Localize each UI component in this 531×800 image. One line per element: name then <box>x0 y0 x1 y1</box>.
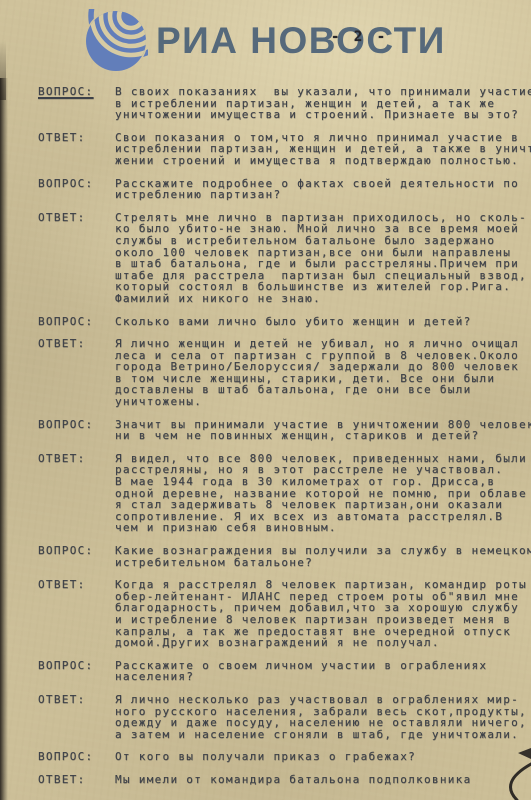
page-number: - 2 - <box>331 29 388 45</box>
qa-label: ОТВЕТ: <box>38 132 115 144</box>
qa-block: ОТВЕТ: Стрелять мне лично в партизан при… <box>38 212 531 305</box>
qa-text: Значит вы принимали участие в уничтожени… <box>115 419 531 442</box>
qa-block: ВОПРОС: В своих показаниях вы указали, ч… <box>38 86 531 121</box>
qa-text: В своих показаниях вы указали, что прини… <box>115 86 531 121</box>
qa-label: ОТВЕТ: <box>38 338 115 350</box>
qa-text: Свои показания о том,что я лично принима… <box>115 132 531 167</box>
qa-text: Я видел, что все 800 человек, приведенны… <box>115 453 527 534</box>
qa-text: Когда я расстрелял 8 человек партизан, к… <box>115 579 527 649</box>
qa-block: ОТВЕТ: Мы имели от командира батальона п… <box>38 774 531 786</box>
qa-label: ОТВЕТ: <box>38 453 115 465</box>
qa-block: ВОПРОС: Сколько вами лично было убито же… <box>38 316 531 328</box>
qa-text: Расскажите о своем личном участии в огра… <box>115 660 487 683</box>
qa-label: ОТВЕТ: <box>38 579 115 591</box>
qa-transcript: ВОПРОС: В своих показаниях вы указали, ч… <box>38 86 531 797</box>
qa-text: Я лично несколько раз участвовал в ограб… <box>115 694 527 740</box>
qa-text: От кого вы получали приказ о грабежах? <box>115 751 416 763</box>
qa-label: ОТВЕТ: <box>38 212 115 224</box>
qa-text: Сколько вами лично было убито женщин и д… <box>115 316 472 328</box>
qa-text: Какие вознаграждения вы получили за служ… <box>115 545 531 568</box>
qa-text: Я лично женщин и детей не убивал, но я л… <box>115 338 519 408</box>
qa-label: ВОПРОС: <box>38 751 115 763</box>
qa-label: ВОПРОС: <box>38 316 115 328</box>
qa-block: ВОПРОС: Значит вы принимали участие в ун… <box>38 419 531 442</box>
qa-label: ВОПРОС: <box>38 660 115 672</box>
ink-mark-arrow <box>518 748 531 759</box>
scanned-document-page: { "meta": { "page_number": "- 2 -" }, "c… <box>0 0 531 800</box>
qa-label: ВОПРОС: <box>38 178 115 190</box>
qa-label: ВОПРОС: <box>38 419 115 431</box>
qa-text: Расскажите подробнее о фактах своей деят… <box>115 178 519 201</box>
qa-block: ОТВЕТ: Я видел, что все 800 человек, при… <box>38 453 531 534</box>
qa-label: ОТВЕТ: <box>38 694 115 706</box>
qa-block: ОТВЕТ: Когда я расстрелял 8 человек парт… <box>38 579 531 649</box>
qa-text: Стрелять мне лично в партизан приходилос… <box>115 212 527 305</box>
qa-label: ВОПРОС: <box>38 86 115 98</box>
scan-edge-shadow-fade <box>0 40 6 100</box>
qa-block: ОТВЕТ: Свои показания о том,что я лично … <box>38 132 531 167</box>
ria-novosti-wordmark: РИА НОВОСТИ <box>156 20 446 62</box>
ria-globe-icon <box>84 9 148 73</box>
qa-label: ОТВЕТ: <box>38 774 115 786</box>
scan-edge-shadow <box>0 78 8 800</box>
qa-block: ВОПРОС: Какие вознаграждения вы получили… <box>38 545 531 568</box>
qa-text: Мы имели от командира батальона подполко… <box>115 774 472 786</box>
qa-block: ВОПРОС: Расскажите подробнее о фактах св… <box>38 178 531 201</box>
corner-pen-mark <box>491 760 531 800</box>
qa-block: ОТВЕТ: Я лично женщин и детей не убивал,… <box>38 338 531 408</box>
qa-label: ВОПРОС: <box>38 545 115 557</box>
qa-block: ВОПРОС: От кого вы получали приказ о гра… <box>38 751 531 763</box>
qa-block: ОТВЕТ: Я лично несколько раз участвовал … <box>38 694 531 740</box>
ria-novosti-watermark: РИА НОВОСТИ <box>84 8 446 74</box>
qa-block: ВОПРОС: Расскажите о своем личном участи… <box>38 660 531 683</box>
